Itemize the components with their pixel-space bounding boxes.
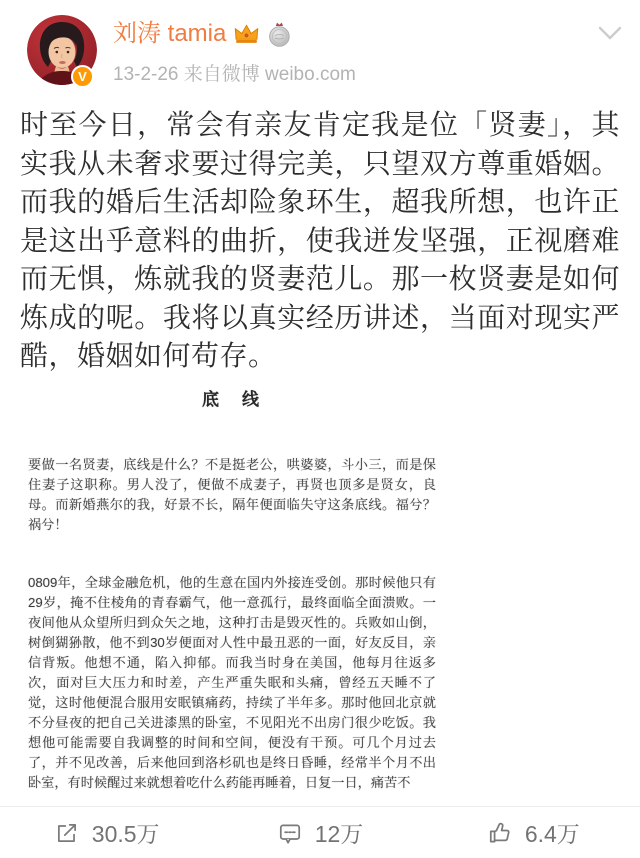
action-bar: 30.5万 12万 6.4万 [0, 806, 640, 858]
chevron-down-icon[interactable] [596, 24, 624, 42]
vip-crown-icon [233, 22, 260, 46]
post-header: V 刘涛 tamia [0, 0, 640, 106]
like-count: 6.4万 [525, 816, 580, 849]
embedded-page-paragraph: 0809年，全球金融危机，他的生意在国内外接连受创。那时候他只有29岁，掩不住棱… [28, 573, 436, 793]
post-text: 时至今日，常会有亲友肯定我是位「贤妻」，其实我从未奢求要过得完美，只望双方尊重婚… [20, 106, 620, 376]
medal-icon [267, 21, 292, 48]
avatar[interactable]: V [27, 15, 97, 85]
repost-count: 30.5万 [92, 816, 160, 849]
comment-button[interactable]: 12万 [213, 816, 426, 849]
repost-button[interactable]: 30.5万 [0, 816, 213, 849]
post-timestamp: 13-2-26 来自微博 weibo.com [113, 59, 356, 86]
embedded-page-image[interactable]: 底 线 要做一名贤妻，底线是什么？不是挺老公，哄婆婆，斗小三，而是保住妻子这职称… [28, 390, 436, 793]
comment-icon [277, 820, 303, 846]
like-icon [487, 820, 513, 846]
embedded-page-paragraph: 要做一名贤妻，底线是什么？不是挺老公，哄婆婆，斗小三，而是保住妻子这职称。男人没… [28, 455, 436, 535]
like-button[interactable]: 6.4万 [427, 816, 640, 849]
weibo-post-card: V 刘涛 tamia [0, 0, 640, 858]
verified-badge-icon: V [71, 65, 94, 88]
repost-icon [54, 820, 80, 846]
embedded-page-title: 底 线 [28, 390, 436, 410]
comment-count: 12万 [315, 816, 364, 849]
username[interactable]: 刘涛 tamia [113, 19, 226, 49]
user-info: 刘涛 tamia [113, 19, 356, 86]
